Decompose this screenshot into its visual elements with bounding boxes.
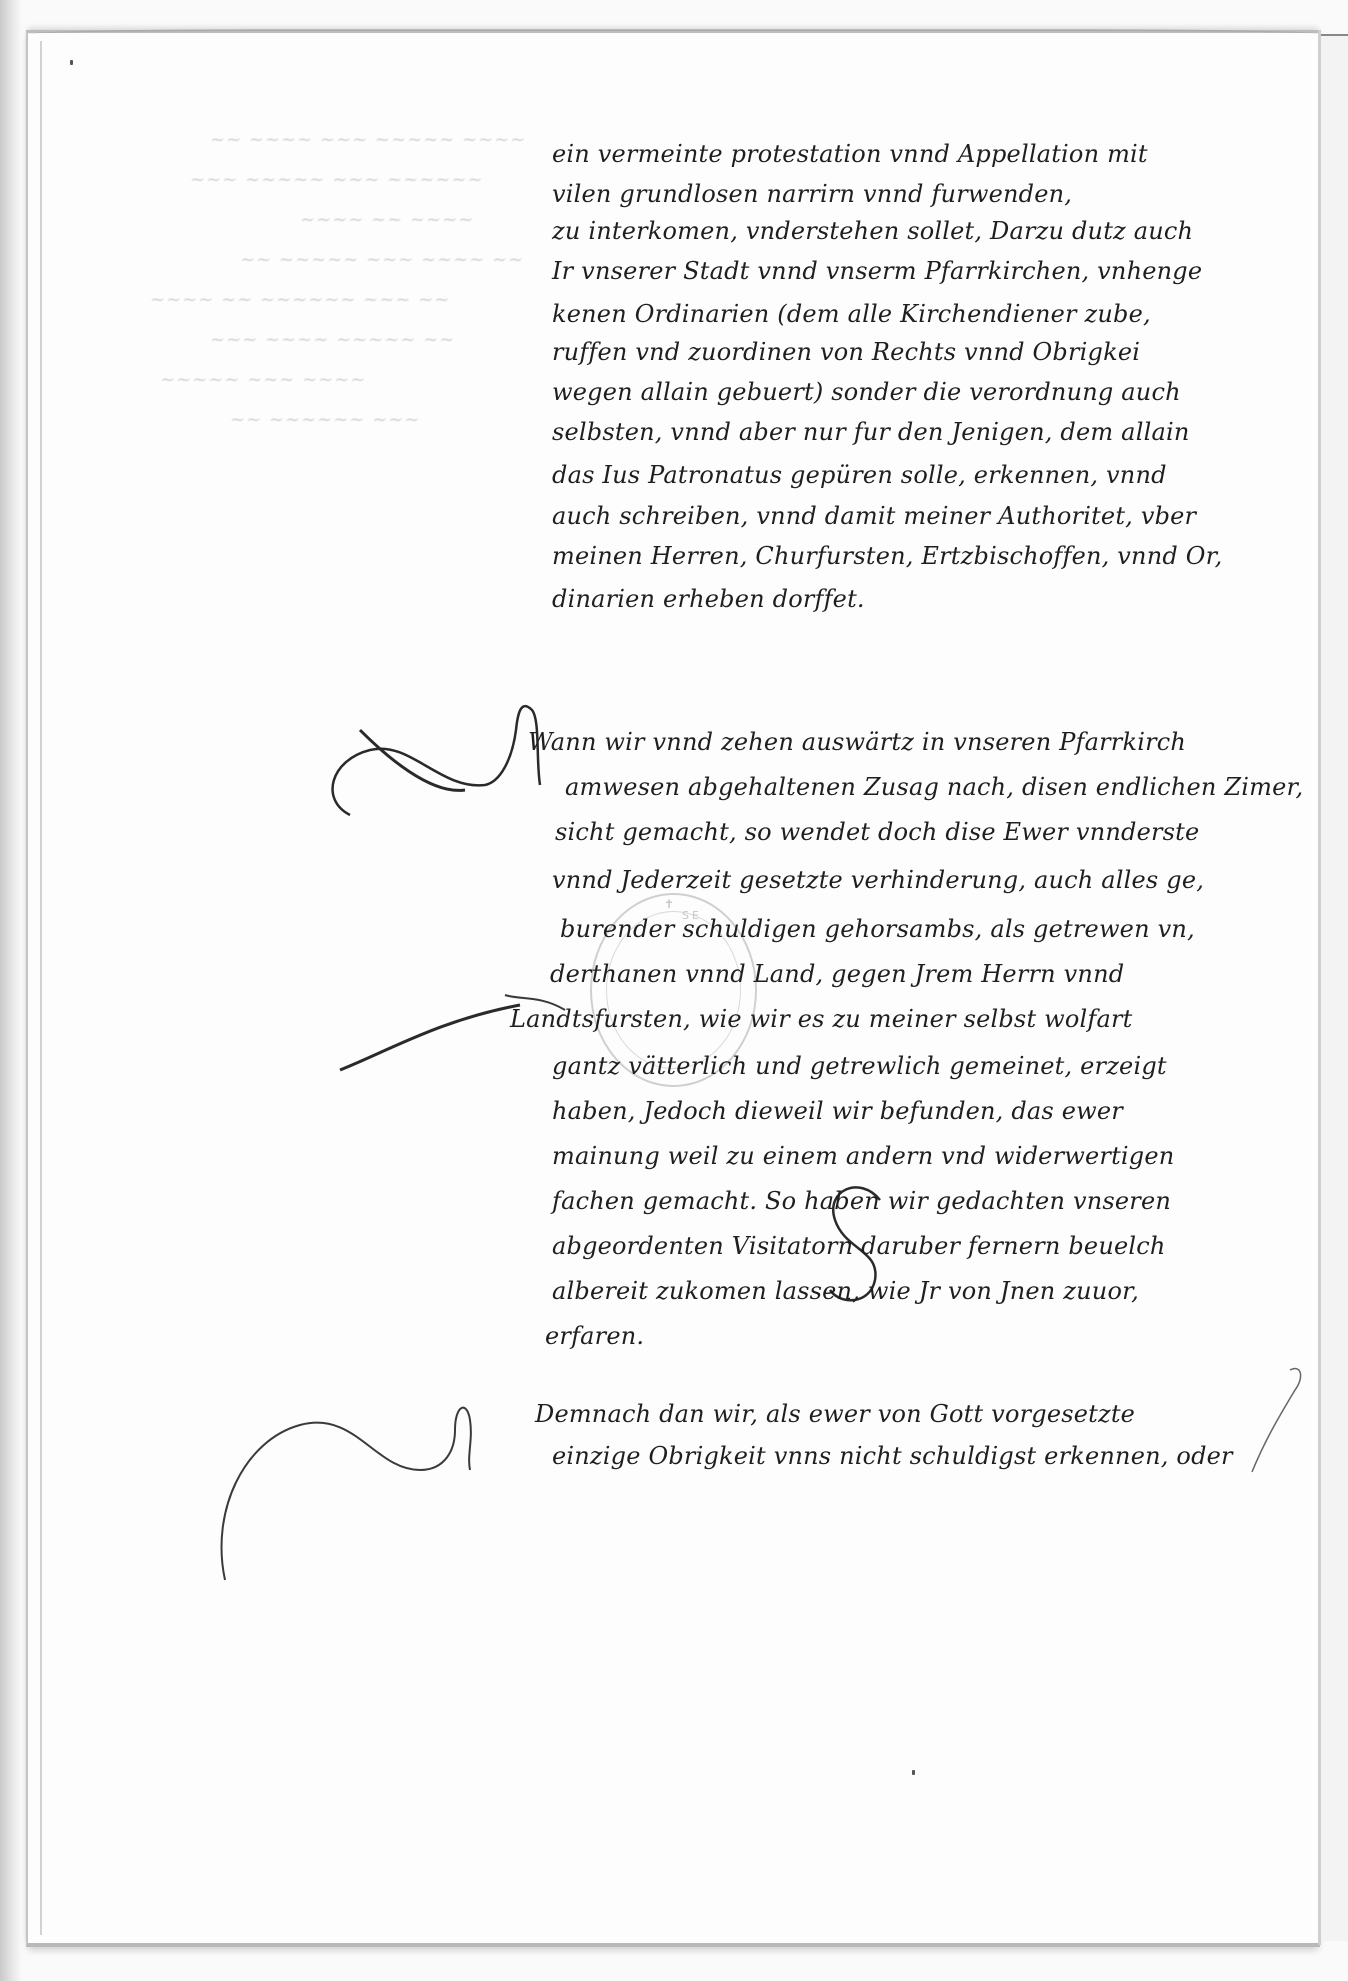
text-line: dinarien erheben dorffet. (552, 585, 865, 613)
bleed-through-text: ~~ ~~~~ ~~~ ~~~~~ ~~~~ ~~~ ~~~~~ ~~~ ~~~… (90, 120, 540, 440)
initial-w-flourish-icon (300, 690, 560, 830)
text-line: amwesen abgehaltenen Zusag nach, disen e… (565, 773, 1303, 801)
text-line: das Ius Patronatus gepüren solle, erkenn… (552, 461, 1167, 489)
text-line: meinen Herren, Churfursten, Ertzbischoff… (552, 542, 1223, 570)
text-line: Landtsfursten, wie wir es zu meiner selb… (510, 1005, 1133, 1033)
text-line: mainung weil zu einem andern vnd widerwe… (552, 1142, 1174, 1170)
stamp-cross-icon: ✝ (664, 897, 674, 911)
text-line: wegen allain gebuert) sonder die verordn… (552, 378, 1181, 406)
text-line: Demnach dan wir, als ewer von Gott vorge… (535, 1400, 1135, 1428)
initial-d-flourish-icon (205, 1360, 545, 1600)
adjacent-leaf-edge (1321, 34, 1348, 1941)
text-line: derthanen vnnd Land, gegen Jrem Herrn vn… (550, 960, 1124, 988)
text-line: burender schuldigen gehorsambs, als getr… (560, 915, 1195, 943)
text-line: Ir vnserer Stadt vnnd vnserm Pfarrkirche… (552, 257, 1202, 285)
text-line: sicht gemacht, so wendet doch dise Ewer … (555, 818, 1199, 846)
text-line: vnnd Jederzeit gesetzte verhinderung, au… (552, 866, 1204, 894)
text-line: selbsten, vnnd aber nur fur den Jenigen,… (552, 418, 1189, 446)
text-line: haben, Jedoch dieweil wir befunden, das … (552, 1097, 1123, 1125)
ink-speck (912, 1770, 915, 1775)
text-line: ein vermeinte protestation vnnd Appellat… (552, 140, 1148, 168)
text-line: albereit zukomen lassen, wie Jr von Jnen… (552, 1277, 1139, 1305)
margin-stroke-icon (1240, 1360, 1310, 1480)
text-line: abgeordenten Visitatorn daruber fernern … (552, 1232, 1166, 1260)
landt-flourish-icon (330, 990, 570, 1080)
page-edge-line (40, 41, 42, 1935)
deckle-edge (28, 29, 1320, 39)
text-line: fachen gemacht. So haben wir gedachten v… (552, 1187, 1171, 1215)
text-line: kenen Ordinarien (dem alle Kirchendiener… (552, 300, 1151, 328)
text-line: gantz vätterlich und getrewlich gemeinet… (552, 1052, 1167, 1080)
text-line: auch schreiben, vnnd damit meiner Author… (552, 502, 1196, 530)
text-line: zu interkomen, vnderstehen sollet, Darzu… (552, 217, 1193, 245)
ink-speck (70, 60, 73, 65)
text-line: vilen grundlosen narrirn vnnd furwenden, (552, 180, 1072, 208)
text-line: erfaren. (545, 1322, 644, 1350)
text-line: einzige Obrigkeit vnns nicht schuldigst … (552, 1442, 1233, 1470)
text-line: ruffen vnd zuordinen von Rechts vnnd Obr… (552, 338, 1140, 366)
text-line: Wann wir vnnd zehen auswärtz in vnseren … (528, 728, 1186, 756)
